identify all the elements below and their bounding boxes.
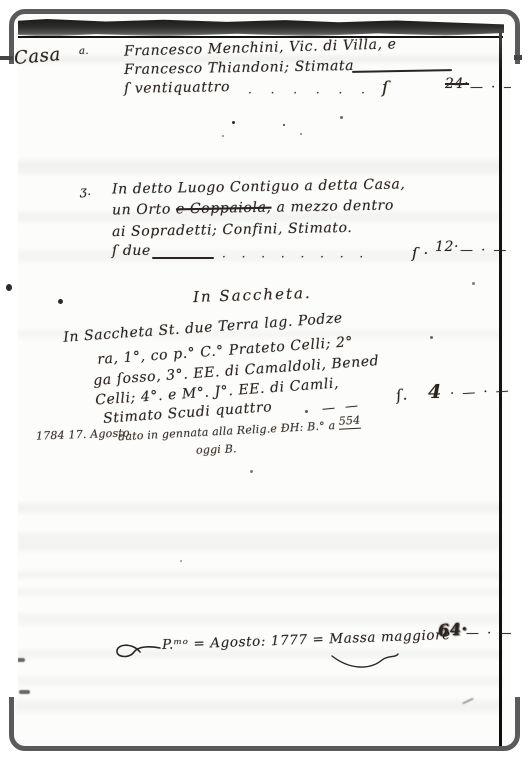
ink-speck — [340, 116, 343, 119]
scan-streak — [16, 676, 502, 686]
ink-speck — [250, 470, 253, 473]
frame-gap-right — [511, 64, 527, 697]
scan-streak — [16, 613, 502, 625]
ink-speck — [300, 133, 302, 135]
ink-speck — [6, 284, 12, 291]
entry2-line2-part-c: a mezzo dentro — [271, 198, 394, 216]
scan-streak — [16, 503, 502, 513]
ink-speck — [180, 560, 182, 562]
frame-notch-right — [514, 55, 522, 60]
entry1-amount-struck: 24· — [445, 76, 469, 92]
entry3-amount: 4 — [428, 381, 442, 403]
scan-streak — [16, 700, 502, 712]
entry2-margin-mark: ʒ. — [80, 184, 92, 198]
entry1-leader-dots: · · · · · · — [248, 86, 365, 100]
entry2-line2-part-a: un Orto — [112, 201, 176, 218]
entry1-currency-symbol: ſ — [382, 78, 389, 98]
scan-streak — [16, 533, 502, 551]
entry3-note2: oggi B. — [196, 442, 237, 456]
page-top-shadow — [18, 19, 504, 37]
ink-speck — [305, 410, 308, 413]
entry2-amount-trail: — · — — [460, 243, 508, 258]
page-top-edge-line — [18, 36, 503, 38]
entry1-amount-words: ſ ventiquattro — [124, 79, 230, 97]
entry3-amount-trail: · — · — — [450, 383, 511, 401]
entry3-note1-reference: 554 — [338, 414, 360, 430]
scan-streak — [16, 650, 502, 658]
scan-streak — [16, 571, 502, 579]
entry3-currency-symbol: ſ. — [395, 385, 409, 404]
scan-streak — [16, 160, 502, 174]
ink-speck — [232, 121, 235, 124]
footer-amount-trail: — · — — [466, 626, 514, 641]
flourish-icon — [110, 638, 162, 666]
frame-gap-left — [2, 64, 18, 697]
frame-notch-left — [0, 56, 13, 60]
margin-label-superscript: a. — [79, 46, 89, 57]
entry2-line2-part-struck: e Coppaiola, — [176, 200, 272, 218]
entry2-amount-words: ſ due — [112, 243, 151, 259]
ink-speck — [222, 135, 224, 137]
margin-label-casa: Casa — [13, 44, 62, 69]
entry2-leader-dots: · · · · · · · · — [222, 250, 364, 264]
entry2-amount: 12· — [435, 239, 459, 255]
ink-speck — [283, 124, 285, 126]
flourish-tail-icon — [330, 652, 400, 672]
entry2-currency-symbol: ſ · — [412, 244, 429, 262]
ink-speck — [472, 282, 475, 285]
page-edge-smudge — [19, 690, 30, 694]
ink-speck — [430, 336, 433, 339]
ink-speck — [58, 299, 63, 304]
footer-amount: 64· — [437, 619, 468, 640]
scan-streak — [16, 589, 502, 595]
entry2-amount-rule — [152, 257, 214, 259]
